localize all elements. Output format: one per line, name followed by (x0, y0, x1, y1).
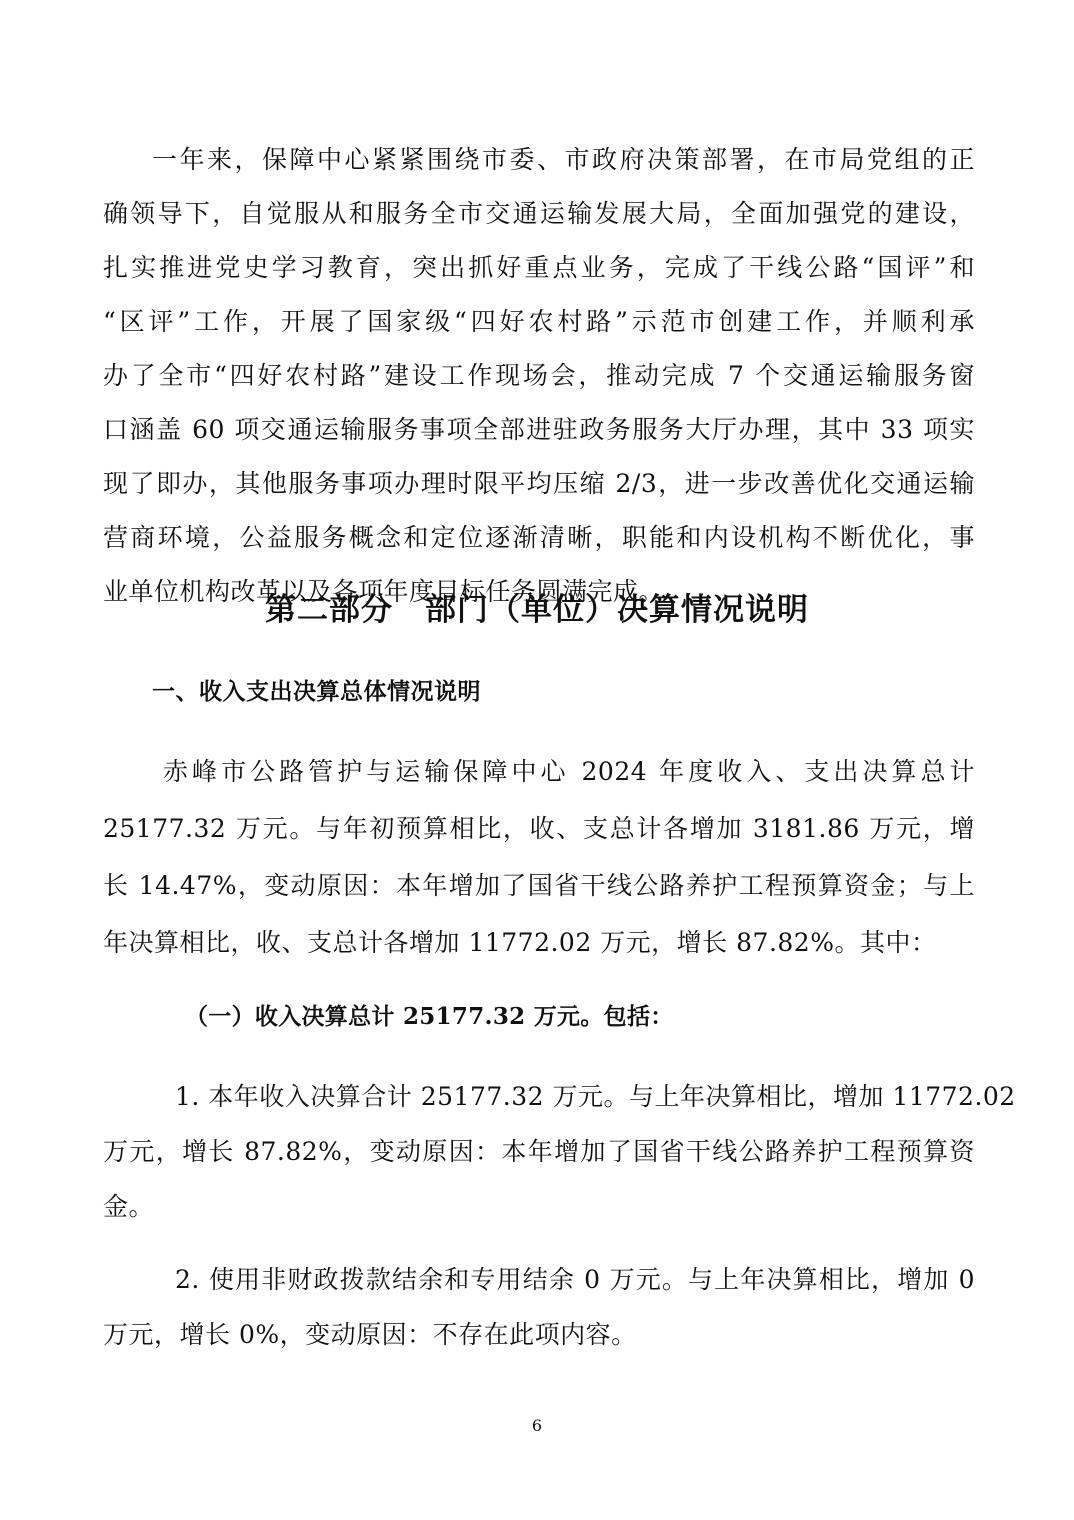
page-number: 6 (0, 1416, 1074, 1436)
paragraph-line: “区评”工作，开展了国家级“四好农村路”示范市创建工作，并顺利承 (103, 305, 975, 339)
paragraph-line: 现了即办，其他服务事项办理时限平均压缩 2/3，进一步改善优化交通运输 (103, 467, 975, 501)
paragraph-line: 长 14.47%，变动原因：本年增加了国省干线公路养护工程预算资金；与上 (103, 869, 975, 903)
paragraph-line: 一年来，保障中心紧紧围绕市委、市政府决策部署，在市局党组的正 (152, 143, 975, 177)
paragraph-line: 扎实推进党史学习教育，突出抓好重点业务，完成了干线公路“国评”和 (103, 251, 975, 285)
paragraph-line: 赤峰市公路管护与运输保障中心 2024 年度收入、支出决算总计 (163, 755, 975, 789)
paragraph-line: 年决算相比，收、支总计各增加 11772.02 万元，增长 87.82%。其中： (103, 926, 975, 960)
paragraph-line: 2. 使用非财政拨款结余和专用结余 0 万元。与上年决算相比，增加 0 (175, 1263, 975, 1297)
paragraph-line: 确领导下，自觉服从和服务全市交通运输发展大局，全面加强党的建设， (103, 197, 975, 231)
paragraph-line: 万元，增长 0%，变动原因：不存在此项内容。 (103, 1318, 975, 1352)
paragraph-line: 营商环境，公益服务概念和定位逐渐清晰，职能和内设机构不断优化，事 (103, 521, 975, 555)
section-title: 第二部分 部门（单位）决算情况说明 (0, 590, 1074, 630)
subsection-title: 一、收入支出决算总体情况说明 (152, 676, 481, 708)
paragraph-line: 口涵盖 60 项交通运输服务事项全部进驻政务服务大厅办理，其中 33 项实 (103, 413, 975, 447)
paragraph-line: 金。 (103, 1190, 975, 1224)
paragraph-line: 万元，增长 87.82%，变动原因：本年增加了国省干线公路养护工程预算资 (103, 1135, 975, 1169)
document-page: 一年来，保障中心紧紧围绕市委、市政府决策部署，在市局党组的正 确领导下，自觉服从… (0, 0, 1074, 1520)
paragraph-line: 办了全市“四好农村路”建设工作现场会，推动完成 7 个交通运输服务窗 (103, 359, 975, 393)
income-total-heading: （一）收入决算总计 25177.32 万元。包括： (185, 1001, 674, 1033)
paragraph-line: 1. 本年收入决算合计 25177.32 万元。与上年决算相比，增加 11772… (175, 1080, 975, 1114)
paragraph-line: 25177.32 万元。与年初预算相比，收、支总计各增加 3181.86 万元，… (103, 812, 975, 846)
